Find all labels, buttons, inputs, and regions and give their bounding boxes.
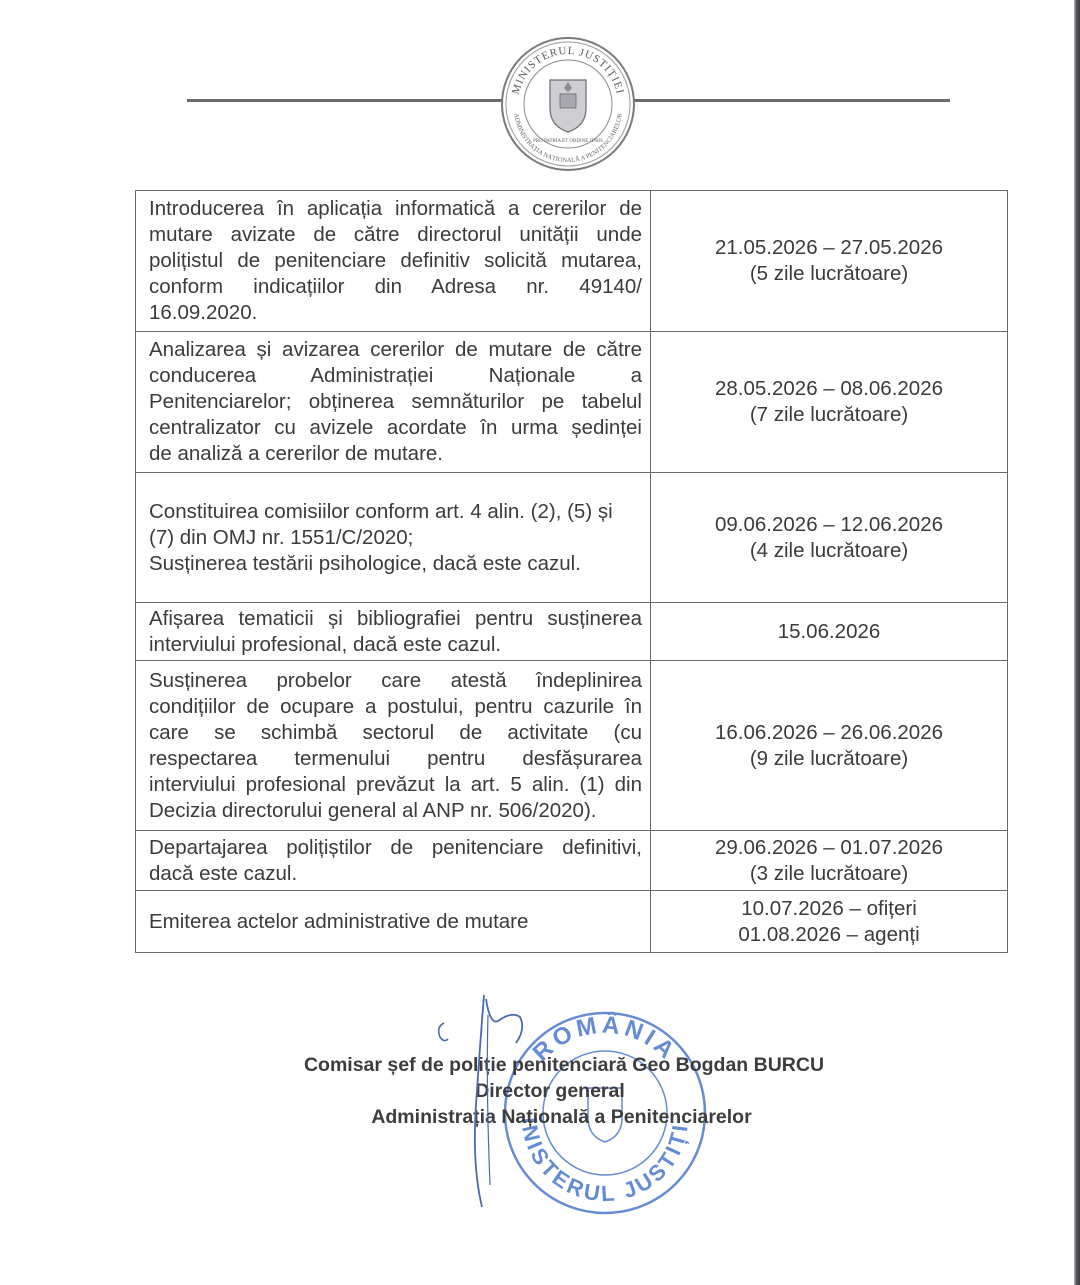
activity-text-line: Constituirea comisiilor conform art. 4 a… xyxy=(149,499,642,525)
period-dates: 10.07.2026 – ofițeri xyxy=(657,896,1001,922)
activity-text-line: condițiilor de ocupare a postului, pentr… xyxy=(149,694,642,720)
period-duration: (7 zile lucrătoare) xyxy=(657,402,1001,428)
activity-cell: Constituirea comisiilor conform art. 4 a… xyxy=(136,473,651,603)
schedule-table: Introducerea în aplicația informatică a … xyxy=(135,190,1008,953)
activity-text-line: mutare avizate de către directorul unită… xyxy=(149,222,642,248)
header-rule-left xyxy=(187,99,502,102)
activity-text-line: Introducerea în aplicația informatică a … xyxy=(149,196,642,222)
period-dates: 29.06.2026 – 01.07.2026 xyxy=(657,835,1001,861)
activity-text-line: Decizia directorului general al ANP nr. … xyxy=(149,798,642,824)
table-row: Emiterea actelor administrative de mutar… xyxy=(136,891,1008,953)
activity-text-line: conform indicațiilor din Adresa nr. 4914… xyxy=(149,274,642,300)
period-cell: 10.07.2026 – ofițeri01.08.2026 – agenți xyxy=(651,891,1008,953)
activity-text-line: polițistul de penitenciare definitiv sol… xyxy=(149,248,642,274)
period-cell: 09.06.2026 – 12.06.2026(4 zile lucrătoar… xyxy=(651,473,1008,603)
period-duration: (5 zile lucrătoare) xyxy=(657,261,1001,287)
period-cell: 28.05.2026 – 08.06.2026(7 zile lucrătoar… xyxy=(651,332,1008,473)
period-duration: (9 zile lucrătoare) xyxy=(657,746,1001,772)
activity-text-line: de analiză a cererilor de mutare. xyxy=(149,441,642,467)
activity-text-line: 16.09.2020. xyxy=(149,300,642,326)
period-duration: 01.08.2026 – agenți xyxy=(657,922,1001,948)
period-cell: 21.05.2026 – 27.05.2026(5 zile lucrătoar… xyxy=(651,191,1008,332)
activity-text-line: interviului profesional, dacă este cazul… xyxy=(149,632,642,658)
header-rule-right xyxy=(632,99,950,102)
signatory-name: Comisar șef de poliție penitenciară Geo … xyxy=(48,1052,1080,1078)
signatory-institution: Administrația Națională a Penitenciarelo… xyxy=(43,1104,1080,1130)
svg-text:PRO PATRIA ET ORDINE JURIS: PRO PATRIA ET ORDINE JURIS xyxy=(533,139,603,144)
activity-text-line: Penitenciarelor; obținerea semnăturilor … xyxy=(149,389,642,415)
activity-text-line: dacă este cazul. xyxy=(149,861,642,887)
activity-cell: Introducerea în aplicația informatică a … xyxy=(136,191,651,332)
period-duration: (4 zile lucrătoare) xyxy=(657,538,1001,564)
period-dates: 21.05.2026 – 27.05.2026 xyxy=(657,235,1001,261)
activity-text-line: (7) din OMJ nr. 1551/C/2020; xyxy=(149,525,642,551)
table-row: Departajarea polițiștilor de penitenciar… xyxy=(136,831,1008,891)
activity-text-line: Afișarea tematicii și bibliografiei pent… xyxy=(149,606,642,632)
signatory-position: Director general xyxy=(20,1078,1080,1104)
period-duration: (3 zile lucrătoare) xyxy=(657,861,1001,887)
activity-cell: Departajarea polițiștilor de penitenciar… xyxy=(136,831,651,891)
activity-text-line: care se schimbă sectorul de activitate (… xyxy=(149,720,642,746)
activity-text-line: Emiterea actelor administrative de mutar… xyxy=(149,909,642,935)
ministry-of-justice-seal-icon: MINISTERUL JUSTIȚIEI ADMINISTRAȚIA NAȚIO… xyxy=(500,36,636,172)
period-cell: 29.06.2026 – 01.07.2026(3 zile lucrătoar… xyxy=(651,831,1008,891)
period-dates: 16.06.2026 – 26.06.2026 xyxy=(657,720,1001,746)
table-row: Susținerea probelor care atestă îndeplin… xyxy=(136,661,1008,831)
activity-text-line: Susținerea probelor care atestă îndeplin… xyxy=(149,668,642,694)
table-row: Afișarea tematicii și bibliografiei pent… xyxy=(136,603,1008,661)
activity-cell: Afișarea tematicii și bibliografiei pent… xyxy=(136,603,651,661)
table-row: Analizarea și avizarea cererilor de muta… xyxy=(136,332,1008,473)
activity-cell: Emiterea actelor administrative de mutar… xyxy=(136,891,651,953)
table-row: Constituirea comisiilor conform art. 4 a… xyxy=(136,473,1008,603)
table-row: Introducerea în aplicația informatică a … xyxy=(136,191,1008,332)
activity-text-line: conducerea Administrației Naționale a xyxy=(149,363,642,389)
period-cell: 15.06.2026 xyxy=(651,603,1008,661)
activity-cell: Analizarea și avizarea cererilor de muta… xyxy=(136,332,651,473)
period-dates: 15.06.2026 xyxy=(657,619,1001,645)
period-cell: 16.06.2026 – 26.06.2026(9 zile lucrătoar… xyxy=(651,661,1008,831)
activity-cell: Susținerea probelor care atestă îndeplin… xyxy=(136,661,651,831)
activity-text-line: respectarea termenului pentru desfășurar… xyxy=(149,746,642,772)
activity-text-line: Analizarea și avizarea cererilor de muta… xyxy=(149,337,642,363)
period-dates: 09.06.2026 – 12.06.2026 xyxy=(657,512,1001,538)
period-dates: 28.05.2026 – 08.06.2026 xyxy=(657,376,1001,402)
activity-text-line: interviului profesional prevăzut la art.… xyxy=(149,772,642,798)
handwritten-signature xyxy=(420,985,550,1215)
activity-text-line: centralizator cu avizele acordate în urm… xyxy=(149,415,642,441)
activity-text-line: Susținerea testării psihologice, dacă es… xyxy=(149,551,642,577)
activity-text-line: Departajarea polițiștilor de penitenciar… xyxy=(149,835,642,861)
